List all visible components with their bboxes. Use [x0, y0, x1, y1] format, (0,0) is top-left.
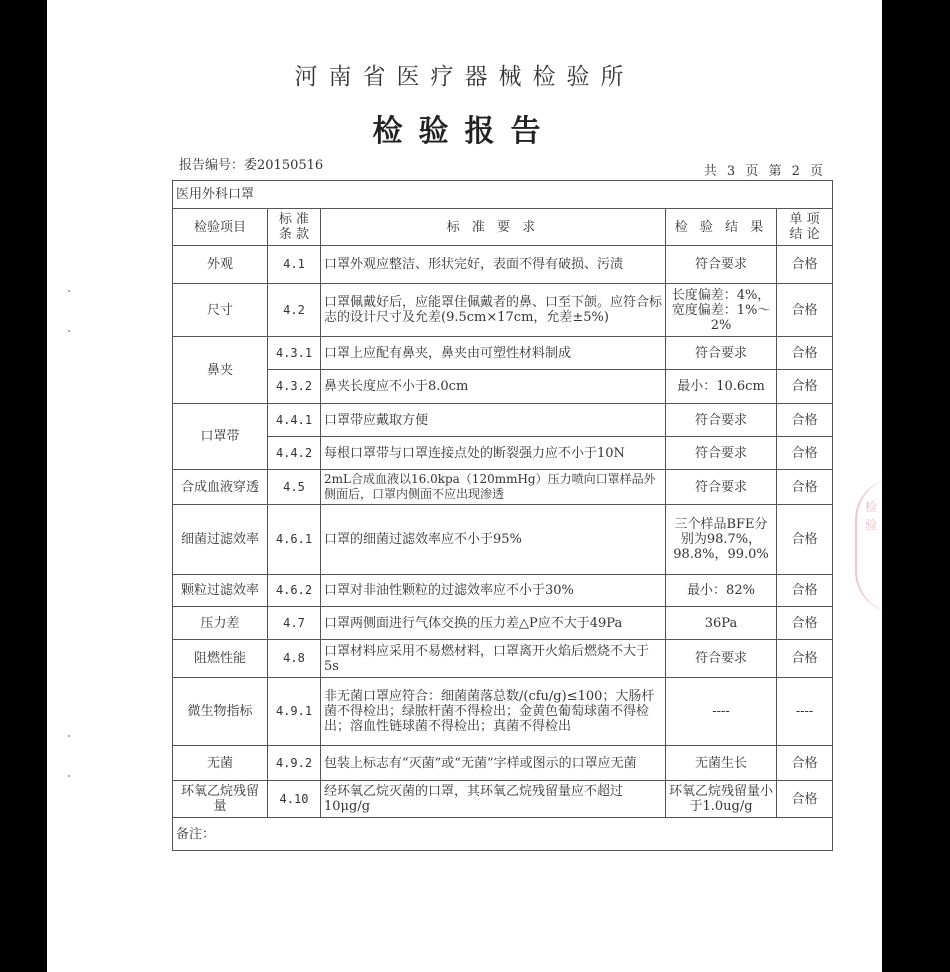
- cell-requirement: 包装上标志有“灭菌”或“无菌”字样或图示的口罩应无菌: [321, 746, 666, 781]
- table-row: 微生物指标 4.9.1 非无菌口罩应符合：细菌菌落总数/(cfu/g)≤100；…: [173, 678, 833, 746]
- table-row: 外观 4.1 口罩外观应整洁、形状完好，表面不得有破损、污渍 符合要求 合格: [173, 246, 833, 284]
- cell-item: 无菌: [173, 746, 268, 781]
- cell-clause: 4.9.2: [268, 746, 321, 781]
- remarks-label: 备注：: [173, 818, 833, 851]
- cell-requirement: 经环氧乙烷灭菌的口罩，其环氧乙烷残留量应不超过10μg/g: [321, 781, 666, 818]
- binding-hole-mark: [68, 290, 70, 292]
- cell-conclusion: 合格: [777, 246, 833, 284]
- cell-result: ----: [666, 678, 777, 746]
- header-clause-line2: 条 款: [279, 227, 309, 242]
- cell-item: 颗粒过滤效率: [173, 575, 268, 607]
- cell-clause: 4.3.1: [268, 337, 321, 370]
- cell-item: 细菌过滤效率: [173, 505, 268, 575]
- table-row: 细菌过滤效率 4.6.1 口罩的细菌过滤效率应不小于95% 三个样品BFE分别为…: [173, 505, 833, 575]
- header-result: 检 验 结 果: [666, 209, 777, 246]
- cell-conclusion: 合格: [777, 607, 833, 640]
- page-count: 共 3 页 第 2 页: [704, 160, 826, 179]
- cell-requirement: 2mL合成血液以16.0kpa（120mmHg）压力喷向口罩样品外侧面后，口罩内…: [321, 470, 666, 505]
- cell-requirement: 口罩两侧面进行气体交换的压力差△P应不大于49Pa: [321, 607, 666, 640]
- header-clause-line1: 标 准: [279, 212, 309, 227]
- cell-clause: 4.6.2: [268, 575, 321, 607]
- product-row: 医用外科口罩: [173, 181, 833, 209]
- binding-hole-mark: [68, 735, 70, 737]
- cell-result: 符合要求: [666, 470, 777, 505]
- table-row: 阻燃性能 4.8 口罩材料应采用不易燃材料，口罩离开火焰后燃烧不大于5s 符合要…: [173, 640, 833, 678]
- table-row: 无菌 4.9.2 包装上标志有“灭菌”或“无菌”字样或图示的口罩应无菌 无菌生长…: [173, 746, 833, 781]
- cell-result: 符合要求: [666, 404, 777, 437]
- cell-conclusion: 合格: [777, 575, 833, 607]
- cell-clause: 4.4.1: [268, 404, 321, 437]
- seal-char: 检: [865, 498, 877, 515]
- cell-result: 36Pa: [666, 607, 777, 640]
- cell-requirement: 非无菌口罩应符合：细菌菌落总数/(cfu/g)≤100；大肠杆菌不得检出；绿脓杆…: [321, 678, 666, 746]
- cell-result: 符合要求: [666, 640, 777, 678]
- header-conclusion: 单 项结 论: [777, 209, 833, 246]
- report-number-value: 委20150516: [244, 158, 323, 173]
- cell-item: 阻燃性能: [173, 640, 268, 678]
- cell-requirement: 口罩外观应整洁、形状完好，表面不得有破损、污渍: [321, 246, 666, 284]
- cell-conclusion: 合格: [777, 470, 833, 505]
- cell-result: 无菌生长: [666, 746, 777, 781]
- table-row: 尺寸 4.2 口罩佩戴好后，应能罩住佩戴者的鼻、口至下颌。应符合标志的设计尺寸及…: [173, 284, 833, 337]
- cell-requirement: 鼻夹长度应不小于8.0cm: [321, 370, 666, 404]
- cell-clause: 4.8: [268, 640, 321, 678]
- cell-requirement: 口罩佩戴好后，应能罩住佩戴者的鼻、口至下颌。应符合标志的设计尺寸及允差(9.5c…: [321, 284, 666, 337]
- cell-result: 最小：82%: [666, 575, 777, 607]
- cell-clause: 4.9.1: [268, 678, 321, 746]
- cell-item: 鼻夹: [173, 337, 268, 404]
- table-header-row: 检验项目 标 准条 款 标 准 要 求 检 验 结 果 单 项结 论: [173, 209, 833, 246]
- table-row: 压力差 4.7 口罩两侧面进行气体交换的压力差△P应不大于49Pa 36Pa 合…: [173, 607, 833, 640]
- cell-conclusion: 合格: [777, 437, 833, 470]
- table-row: 鼻夹 4.3.1 口罩上应配有鼻夹，鼻夹由可塑性材料制成 符合要求 合格: [173, 337, 833, 370]
- cell-clause: 4.3.2: [268, 370, 321, 404]
- table-row: 4.3.2 鼻夹长度应不小于8.0cm 最小：10.6cm 合格: [173, 370, 833, 404]
- cell-conclusion: 合格: [777, 370, 833, 404]
- cell-clause: 4.10: [268, 781, 321, 818]
- cell-result: 符合要求: [666, 337, 777, 370]
- organization-name: 河南省医疗器械检验所: [47, 58, 882, 91]
- inspection-table: 医用外科口罩 检验项目 标 准条 款 标 准 要 求 检 验 结 果 单 项结 …: [172, 180, 833, 851]
- cell-clause: 4.2: [268, 284, 321, 337]
- cell-result: 符合要求: [666, 246, 777, 284]
- header-requirement: 标 准 要 求: [321, 209, 666, 246]
- cell-result: 符合要求: [666, 437, 777, 470]
- header-conclusion-line1: 单 项: [789, 212, 819, 227]
- header-item: 检验项目: [173, 209, 268, 246]
- cell-requirement: 口罩上应配有鼻夹，鼻夹由可塑性材料制成: [321, 337, 666, 370]
- cell-clause: 4.6.1: [268, 505, 321, 575]
- report-number-label: 报告编号：: [179, 158, 244, 173]
- cell-item: 口罩带: [173, 404, 268, 470]
- cell-conclusion: 合格: [777, 781, 833, 818]
- cell-requirement: 口罩的细菌过滤效率应不小于95%: [321, 505, 666, 575]
- header-clause: 标 准条 款: [268, 209, 321, 246]
- cell-conclusion: 合格: [777, 337, 833, 370]
- cell-item: 环氧乙烷残留量: [173, 781, 268, 818]
- official-seal-fragment: 检 验: [855, 478, 897, 613]
- cell-requirement: 每根口罩带与口罩连接点处的断裂强力应不小于10N: [321, 437, 666, 470]
- cell-item: 微生物指标: [173, 678, 268, 746]
- cell-clause: 4.1: [268, 246, 321, 284]
- cell-item: 外观: [173, 246, 268, 284]
- header-conclusion-line2: 结 论: [789, 227, 819, 242]
- table-row: 颗粒过滤效率 4.6.2 口罩对非油性颗粒的过滤效率应不小于30% 最小：82%…: [173, 575, 833, 607]
- report-number: 报告编号：委20150516: [179, 154, 323, 173]
- cell-clause: 4.7: [268, 607, 321, 640]
- cell-item: 尺寸: [173, 284, 268, 337]
- report-page: 河南省医疗器械检验所 检验报告 报告编号：委20150516 共 3 页 第 2…: [47, 0, 882, 972]
- cell-conclusion: 合格: [777, 746, 833, 781]
- cell-conclusion: 合格: [777, 404, 833, 437]
- report-title: 检验报告: [47, 106, 882, 150]
- cell-clause: 4.4.2: [268, 437, 321, 470]
- cell-result: 三个样品BFE分别为98.7%，98.8%，99.0%: [666, 505, 777, 575]
- seal-char: 验: [865, 516, 877, 533]
- cell-result: 环氧乙烷残留量小于1.0ug/g: [666, 781, 777, 818]
- cell-result: 长度偏差：4%，宽度偏差：1%～2%: [666, 284, 777, 337]
- table-row: 合成血液穿透 4.5 2mL合成血液以16.0kpa（120mmHg）压力喷向口…: [173, 470, 833, 505]
- cell-item: 压力差: [173, 607, 268, 640]
- cell-conclusion: 合格: [777, 505, 833, 575]
- cell-requirement: 口罩对非油性颗粒的过滤效率应不小于30%: [321, 575, 666, 607]
- cell-item: 合成血液穿透: [173, 470, 268, 505]
- cell-clause: 4.5: [268, 470, 321, 505]
- cell-result: 最小：10.6cm: [666, 370, 777, 404]
- table-row: 4.4.2 每根口罩带与口罩连接点处的断裂强力应不小于10N 符合要求 合格: [173, 437, 833, 470]
- cell-requirement: 口罩带应戴取方便: [321, 404, 666, 437]
- binding-hole-mark: [68, 775, 70, 777]
- cell-conclusion: ----: [777, 678, 833, 746]
- table-row: 环氧乙烷残留量 4.10 经环氧乙烷灭菌的口罩，其环氧乙烷残留量应不超过10μg…: [173, 781, 833, 818]
- cell-conclusion: 合格: [777, 284, 833, 337]
- product-name: 医用外科口罩: [173, 181, 833, 209]
- remarks-row: 备注：: [173, 818, 833, 851]
- cell-conclusion: 合格: [777, 640, 833, 678]
- table-row: 口罩带 4.4.1 口罩带应戴取方便 符合要求 合格: [173, 404, 833, 437]
- binding-hole-mark: [68, 330, 70, 332]
- cell-requirement: 口罩材料应采用不易燃材料，口罩离开火焰后燃烧不大于5s: [321, 640, 666, 678]
